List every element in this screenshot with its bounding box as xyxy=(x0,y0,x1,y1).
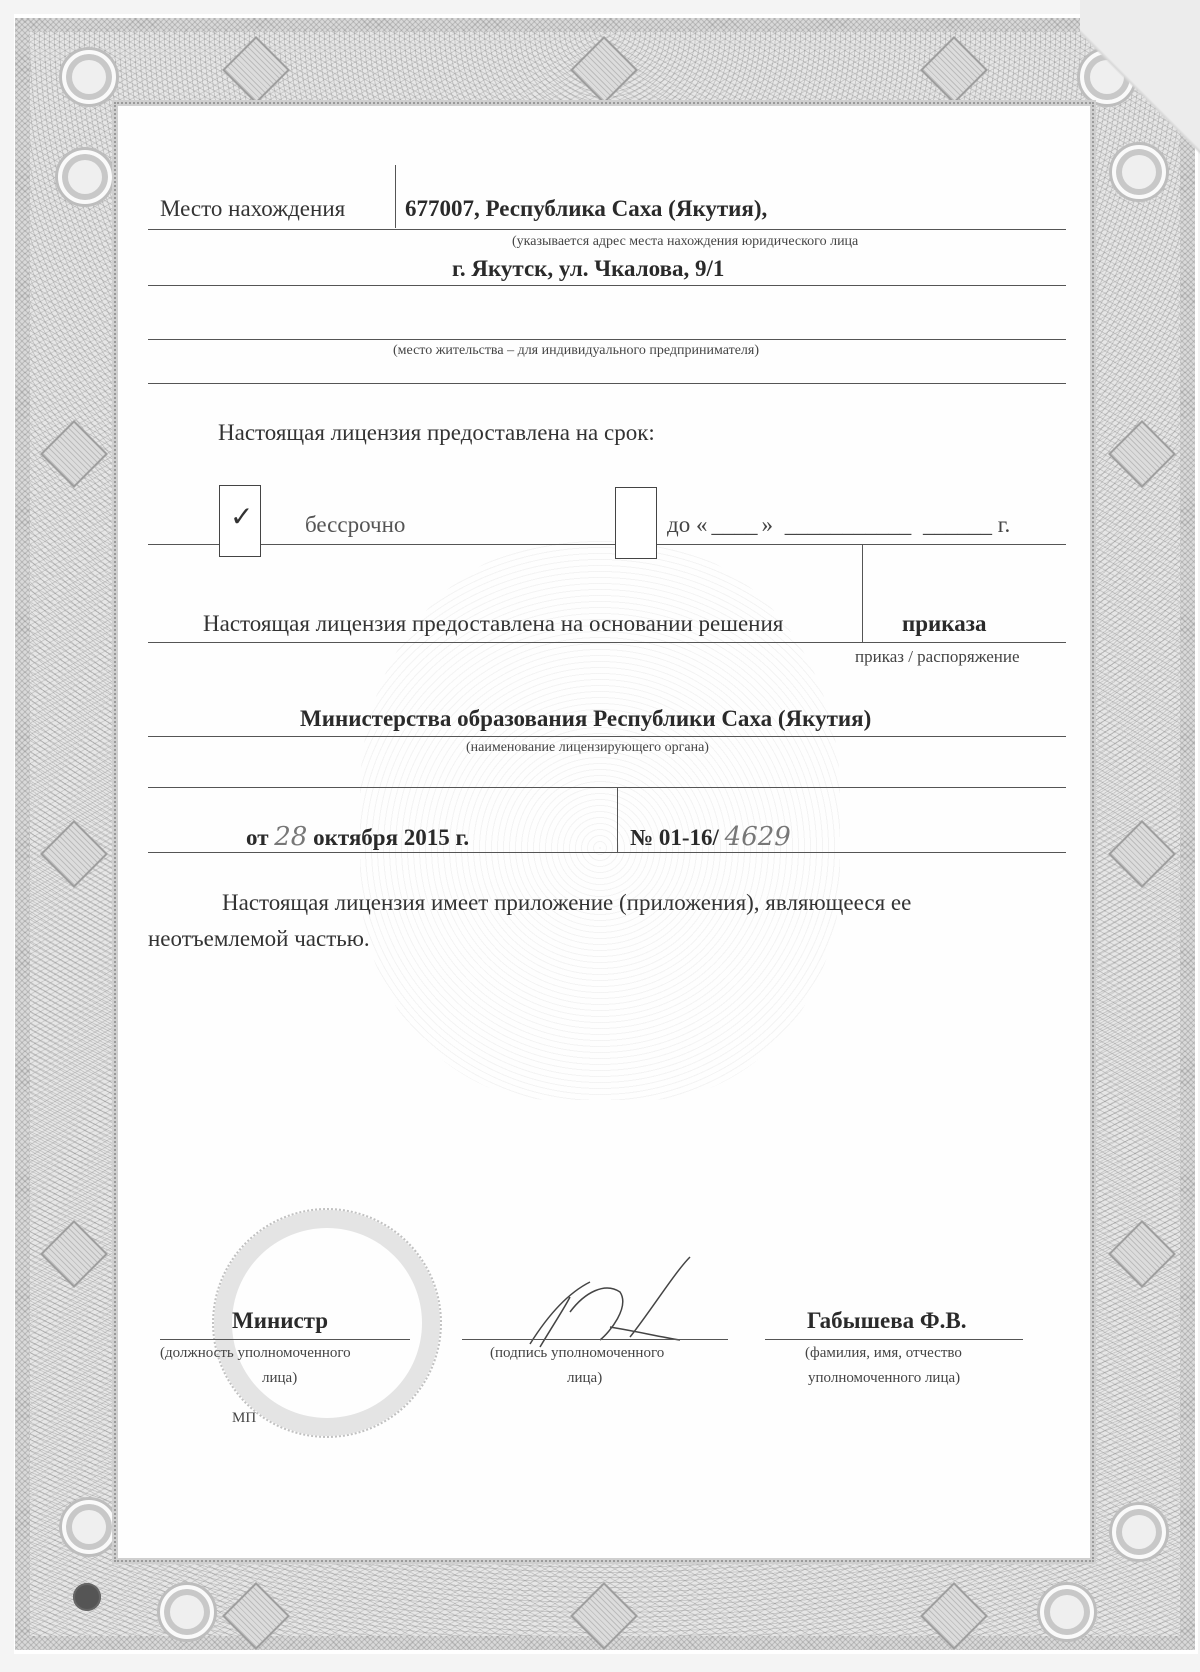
until-prefix: до « xyxy=(667,512,707,537)
punch-hole-mark xyxy=(73,1583,101,1611)
basis-underline xyxy=(148,642,1066,643)
term-until-checkbox[interactable] xyxy=(615,487,657,559)
basis-text: Настоящая лицензия предоставлена на осно… xyxy=(203,611,783,637)
seal-label: МП xyxy=(232,1410,256,1427)
location-label: Место нахождения xyxy=(160,196,345,222)
signature-hint-1: (подпись уполномоченного xyxy=(490,1345,664,1362)
ornament-swirl-icon xyxy=(62,1500,116,1554)
decision-date: от 28 октября 2015 г. xyxy=(246,822,469,852)
ornament-swirl-icon xyxy=(1040,1585,1094,1639)
address-underline-2 xyxy=(148,285,1066,286)
date-bottom-line xyxy=(148,852,1066,853)
number-prefix: № 01-16/ xyxy=(630,825,719,850)
residence-hint: (место жительства – для индивидуального … xyxy=(393,343,759,359)
until-mid: » xyxy=(761,512,773,537)
term-unlimited-label: бессрочно xyxy=(305,512,405,538)
position-hint-2: лица) xyxy=(262,1370,297,1387)
signature-underline xyxy=(462,1339,728,1340)
residence-underline-2 xyxy=(148,383,1066,384)
name-underline xyxy=(765,1339,1023,1340)
date-prefix: от xyxy=(246,825,269,850)
name-hint-2: уполномоченного лица) xyxy=(808,1370,960,1387)
address-hint: (указывается адрес места нахождения юрид… xyxy=(512,234,858,250)
decision-type-hint: приказ / распоряжение xyxy=(855,647,1020,667)
address-line-1: 677007, Республика Саха (Якутия), xyxy=(405,196,767,222)
ornament-swirl-icon xyxy=(160,1585,214,1639)
until-year-suffix: г. xyxy=(998,512,1011,537)
residence-underline xyxy=(148,339,1066,340)
ornament-swirl-icon xyxy=(1112,1505,1166,1559)
position-hint-1: (должность уполномоченного xyxy=(160,1345,351,1362)
authority-underline xyxy=(148,736,1066,737)
checkmark-icon: ✓ xyxy=(230,500,253,533)
date-top-line xyxy=(148,787,1066,788)
until-day-blank: ____ xyxy=(711,512,757,537)
address-line-2: г. Якутск, ул. Чкалова, 9/1 xyxy=(452,256,724,282)
term-until-field: до «____» ___________ ______ г. xyxy=(667,512,1010,538)
until-year-blank: ______ xyxy=(923,512,992,537)
name-hint-1: (фамилия, имя, отчество xyxy=(805,1345,962,1362)
position-underline xyxy=(160,1339,410,1340)
authority-hint: (наименование лицензирующего органа) xyxy=(466,740,709,756)
appendix-text-line-1: Настоящая лицензия имеет приложение (при… xyxy=(222,890,911,916)
location-divider xyxy=(395,165,396,228)
address-underline-1 xyxy=(148,229,1066,230)
date-month-year: октября 2015 г. xyxy=(313,825,469,850)
term-underline xyxy=(148,544,1066,545)
ornament-swirl-icon xyxy=(62,50,116,104)
number-handwritten: 4629 xyxy=(725,822,791,852)
term-heading: Настоящая лицензия предоставлена на срок… xyxy=(218,420,655,446)
term-unlimited-checkbox[interactable]: ✓ xyxy=(219,485,261,557)
basis-divider xyxy=(862,545,863,643)
decision-type: приказа xyxy=(902,611,986,637)
decision-number: № 01-16/ 4629 xyxy=(630,822,791,852)
signatory-position: Министр xyxy=(232,1308,328,1334)
date-day-handwritten: 28 xyxy=(274,822,307,852)
until-month-blank: ___________ xyxy=(785,512,912,537)
ornament-swirl-icon xyxy=(58,150,112,204)
licensing-authority: Министерства образования Республики Саха… xyxy=(300,706,871,732)
signatory-name: Габышева Ф.В. xyxy=(807,1308,966,1334)
appendix-text-line-2: неотъемлемой частью. xyxy=(148,926,370,952)
folded-corner xyxy=(1080,0,1200,190)
signature-hint-2: лица) xyxy=(567,1370,602,1387)
date-number-divider xyxy=(617,787,618,852)
